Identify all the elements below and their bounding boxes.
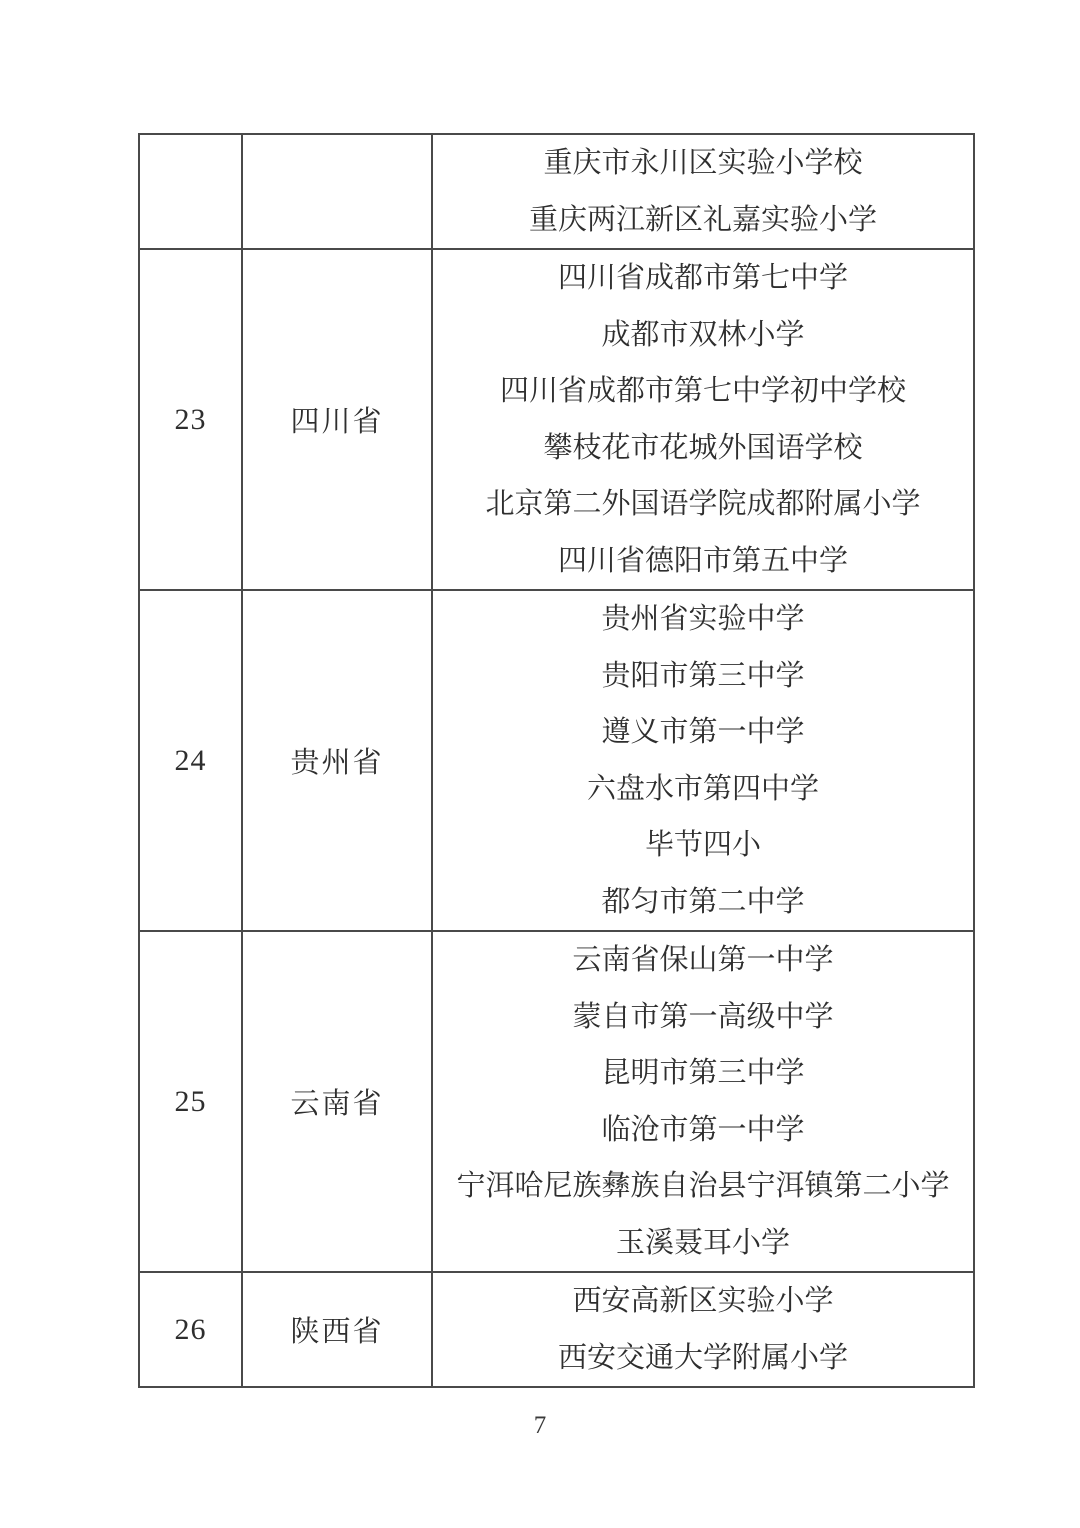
province-school-table: 重庆市永川区实验小学校重庆两江新区礼嘉实验小学23四川省四川省成都市第七中学成都… (138, 133, 975, 1388)
school-name: 毕节四小 (433, 817, 973, 874)
school-name: 遵义市第一中学 (433, 704, 973, 761)
school-name: 四川省德阳市第五中学 (433, 533, 973, 590)
school-name: 四川省成都市第七中学初中学校 (433, 363, 973, 420)
schools-cell: 四川省成都市第七中学成都市双林小学四川省成都市第七中学初中学校攀枝花市花城外国语… (432, 249, 974, 590)
school-name: 贵州省实验中学 (433, 591, 973, 648)
school-name: 玉溪聂耳小学 (433, 1215, 973, 1272)
province-cell: 贵州省 (242, 590, 432, 931)
table-row: 重庆市永川区实验小学校重庆两江新区礼嘉实验小学 (139, 134, 974, 249)
table-row: 26陕西省西安高新区实验小学西安交通大学附属小学 (139, 1272, 974, 1387)
school-name: 西安高新区实验小学 (433, 1273, 973, 1330)
school-name: 成都市双林小学 (433, 307, 973, 364)
page-number: 7 (0, 1412, 1080, 1440)
row-number-cell: 25 (139, 931, 242, 1272)
school-name: 贵阳市第三中学 (433, 648, 973, 705)
school-name: 昆明市第三中学 (433, 1045, 973, 1102)
school-name: 云南省保山第一中学 (433, 932, 973, 989)
school-name: 重庆市永川区实验小学校 (433, 135, 973, 192)
school-name: 都匀市第二中学 (433, 874, 973, 931)
table-row: 24贵州省贵州省实验中学贵阳市第三中学遵义市第一中学六盘水市第四中学毕节四小都匀… (139, 590, 974, 931)
school-name: 攀枝花市花城外国语学校 (433, 420, 973, 477)
table-row: 25云南省云南省保山第一中学蒙自市第一高级中学昆明市第三中学临沧市第一中学宁洱哈… (139, 931, 974, 1272)
row-number-cell: 26 (139, 1272, 242, 1387)
row-number-cell: 23 (139, 249, 242, 590)
schools-cell: 贵州省实验中学贵阳市第三中学遵义市第一中学六盘水市第四中学毕节四小都匀市第二中学 (432, 590, 974, 931)
school-name: 六盘水市第四中学 (433, 761, 973, 818)
schools-cell: 西安高新区实验小学西安交通大学附属小学 (432, 1272, 974, 1387)
school-table-body: 重庆市永川区实验小学校重庆两江新区礼嘉实验小学23四川省四川省成都市第七中学成都… (139, 134, 974, 1387)
school-name: 蒙自市第一高级中学 (433, 989, 973, 1046)
province-cell (242, 134, 432, 249)
school-name: 临沧市第一中学 (433, 1102, 973, 1159)
province-cell: 陕西省 (242, 1272, 432, 1387)
document-page: 重庆市永川区实验小学校重庆两江新区礼嘉实验小学23四川省四川省成都市第七中学成都… (0, 0, 1080, 1528)
row-number-cell: 24 (139, 590, 242, 931)
schools-cell: 重庆市永川区实验小学校重庆两江新区礼嘉实验小学 (432, 134, 974, 249)
school-name: 西安交通大学附属小学 (433, 1330, 973, 1387)
province-cell: 云南省 (242, 931, 432, 1272)
school-name: 北京第二外国语学院成都附属小学 (433, 476, 973, 533)
schools-cell: 云南省保山第一中学蒙自市第一高级中学昆明市第三中学临沧市第一中学宁洱哈尼族彝族自… (432, 931, 974, 1272)
row-number-cell (139, 134, 242, 249)
province-cell: 四川省 (242, 249, 432, 590)
table-row: 23四川省四川省成都市第七中学成都市双林小学四川省成都市第七中学初中学校攀枝花市… (139, 249, 974, 590)
school-name: 宁洱哈尼族彝族自治县宁洱镇第二小学 (433, 1158, 973, 1215)
school-name: 四川省成都市第七中学 (433, 250, 973, 307)
school-name: 重庆两江新区礼嘉实验小学 (433, 192, 973, 249)
